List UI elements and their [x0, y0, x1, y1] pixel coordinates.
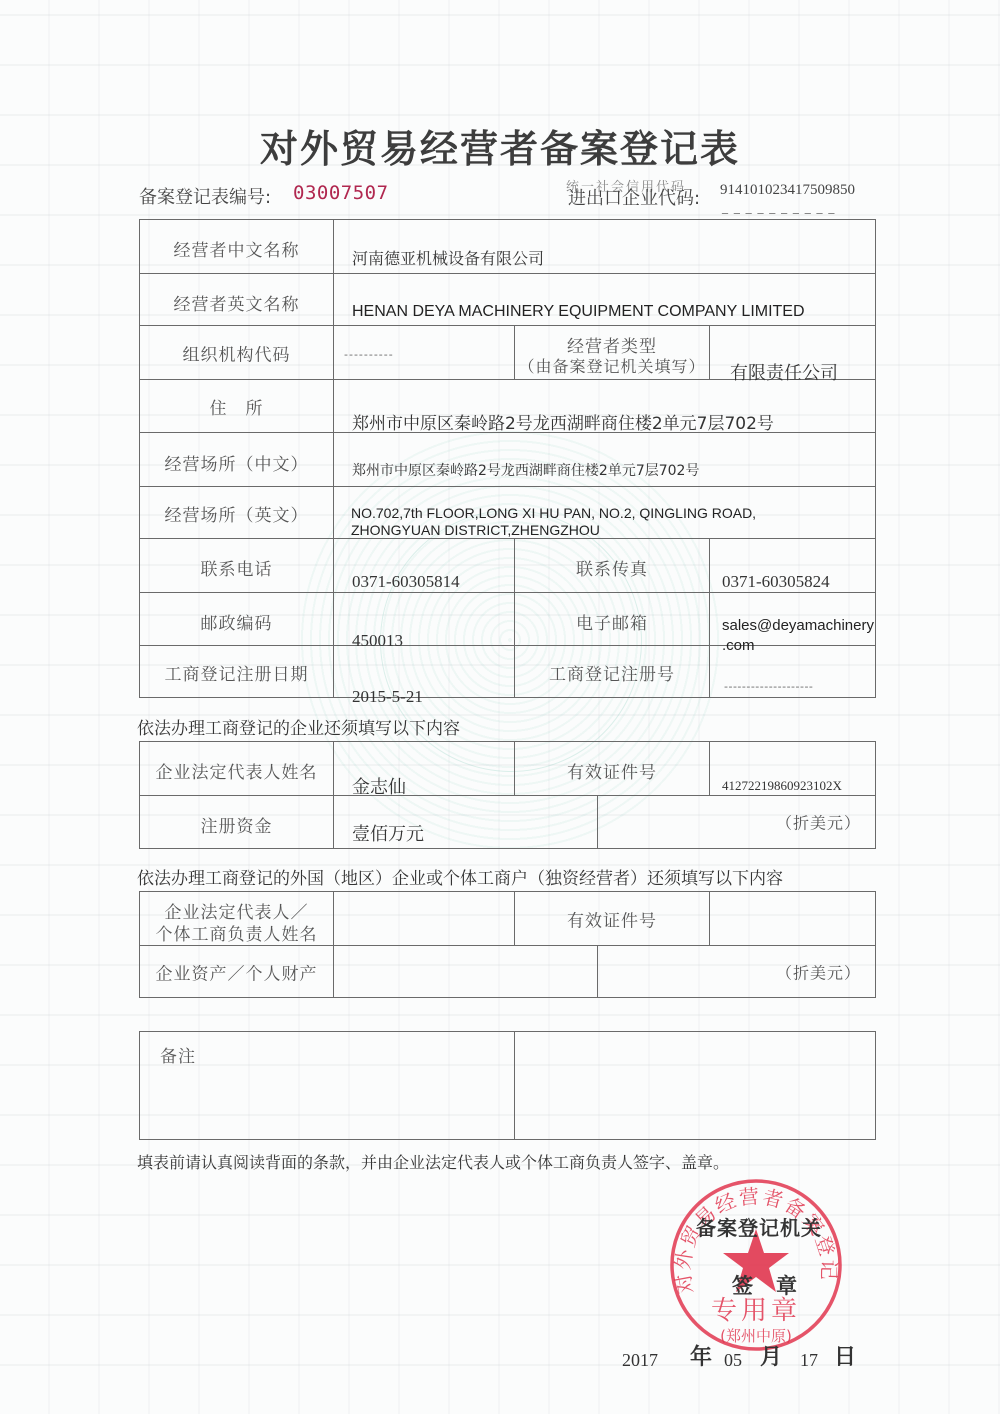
reg-number-value: --------------------: [724, 680, 813, 693]
capital-usd-label: （折美元）: [776, 811, 861, 834]
row-capital: 注册资金 壹佰万元 （折美元）: [140, 796, 876, 849]
reg-number-label: 工商登记注册号: [515, 660, 709, 685]
premises-cn-label: 经营场所（中文）: [140, 450, 333, 475]
rep-id-number-value-cell: [710, 892, 876, 946]
fax-value: 0371-60305824: [722, 572, 830, 592]
domicile-label: 住 所: [140, 394, 333, 419]
registration-office-label: 备案登记机关: [696, 1212, 822, 1241]
reg-date-value: 2015-5-21: [352, 687, 423, 707]
fax-label: 联系传真: [515, 555, 709, 580]
row-premises-cn: 经营场所（中文） 郑州市中原区秦岭路2号龙西湖畔商住楼2单元7层702号: [140, 433, 876, 487]
capital-label: 注册资金: [140, 812, 333, 837]
phone-label: 联系电话: [140, 555, 333, 580]
row-domicile: 住 所 郑州市中原区秦岭路2号龙西湖畔商住楼2单元7层702号: [140, 380, 876, 433]
rep-name-value-cell: [334, 892, 515, 946]
en-name-label: 经营者英文名称: [140, 290, 333, 315]
date-year-unit: 年: [690, 1340, 712, 1371]
date-month: 05: [724, 1350, 742, 1371]
id-number-label: 有效证件号: [515, 758, 709, 783]
section2-heading: 依法办理工商登记的企业还须填写以下内容: [137, 714, 460, 739]
date-year: 2017: [622, 1350, 658, 1371]
remarks-table: 备注: [139, 1031, 876, 1140]
row-reg-date: 工商登记注册日期 2015-5-21 工商登记注册号 -------------…: [140, 646, 876, 698]
assets-usd-label: （折美元）: [776, 960, 861, 983]
cn-name-value-cell: 河南德亚机械设备有限公司: [334, 220, 876, 274]
svg-text:专用章: 专用章: [711, 1296, 801, 1326]
row-remarks: 备注: [140, 1032, 876, 1140]
seal-label: 签 章: [732, 1270, 798, 1300]
legal-rep-table: 企业法定代表人姓名 金志仙 有效证件号 41272219860923102X 注…: [139, 741, 876, 849]
assets-value-cell: [334, 946, 598, 998]
credit-code-label: 进出口企业代码:: [568, 184, 700, 210]
page-title: 对外贸易经营者备案登记表: [0, 118, 1000, 173]
row-phone-fax: 联系电话 0371-60305814 联系传真 0371-60305824: [140, 539, 876, 593]
org-code-value: ----------: [344, 348, 394, 361]
premises-cn-value: 郑州市中原区秦岭路2号龙西湖畔商住楼2单元7层702号: [352, 460, 699, 480]
remarks-value-cell: [515, 1032, 876, 1140]
operator-type-sublabel: （由备案登记机关填写）: [515, 354, 709, 377]
record-number-label: 备案登记表编号:: [139, 183, 271, 209]
credit-code-dashes: _ _ _ _ _ _ _ _ _ _: [722, 200, 835, 214]
email-label: 电子邮箱: [515, 609, 709, 634]
official-seal-icon: 对外贸易经营者备案登记 专用章 (郑州中原): [668, 1177, 844, 1353]
row-premises-en: 经营场所（英文） NO.702,7th FLOOR,LONG XI HU PAN…: [140, 487, 876, 539]
legal-rep-label: 企业法定代表人姓名: [140, 758, 333, 783]
record-number: 03007507: [293, 182, 389, 204]
date-day-unit: 日: [834, 1340, 856, 1371]
row-cn-name: 经营者中文名称 河南德亚机械设备有限公司: [140, 220, 876, 274]
capital-value: 壹佰万元: [352, 820, 424, 846]
footer-note: 填表前请认真阅读背面的条款，并由企业法定代表人或个体工商负责人签字、盖章。: [137, 1150, 729, 1173]
cn-name-label: 经营者中文名称: [140, 236, 333, 261]
main-info-table: 经营者中文名称 河南德亚机械设备有限公司 经营者英文名称 HENAN DEYA …: [139, 219, 876, 698]
domicile-value: 郑州市中原区秦岭路2号龙西湖畔商住楼2单元7层702号: [352, 409, 774, 434]
row-assets: 企业资产／个人财产 （折美元）: [140, 946, 876, 998]
premises-en-value-line1: NO.702,7th FLOOR,LONG XI HU PAN, NO.2, Q…: [351, 505, 756, 521]
row-rep-name: 企业法定代表人／ 个体工商负责人姓名 有效证件号: [140, 892, 876, 946]
background-watermark: [0, 0, 1000, 1414]
credit-code: 914101023417509850: [720, 182, 855, 199]
org-code-label: 组织机构代码: [140, 340, 333, 365]
row-legal-rep: 企业法定代表人姓名 金志仙 有效证件号 41272219860923102X: [140, 742, 876, 796]
date-day: 17: [800, 1350, 818, 1371]
date-month-unit: 月: [760, 1340, 782, 1371]
row-postcode-email: 邮政编码 450013 电子邮箱 sales@deyamachinery .co…: [140, 593, 876, 646]
phone-value: 0371-60305814: [352, 572, 460, 592]
postcode-label: 邮政编码: [140, 609, 333, 634]
remarks-label: 备注: [160, 1042, 196, 1067]
premises-en-label: 经营场所（英文）: [140, 501, 333, 526]
premises-en-value-line2: ZHONGYUAN DISTRICT,ZHENGZHOU: [351, 522, 600, 538]
en-name-value: HENAN DEYA MACHINERY EQUIPMENT COMPANY L…: [352, 303, 805, 321]
row-en-name: 经营者英文名称 HENAN DEYA MACHINERY EQUIPMENT C…: [140, 274, 876, 326]
reg-date-label: 工商登记注册日期: [140, 660, 333, 685]
rep-name-label-line2: 个体工商负责人姓名: [140, 920, 333, 945]
cn-name-value: 河南德亚机械设备有限公司: [352, 246, 544, 269]
id-number-value: 41272219860923102X: [722, 778, 842, 794]
cn-name-label-cell: 经营者中文名称: [140, 220, 334, 274]
email-value-line1: sales@deyamachinery: [722, 617, 874, 634]
assets-label: 企业资产／个人财产: [140, 959, 333, 984]
section3-heading: 依法办理工商登记的外国（地区）企业或个体工商户（独资经营者）还须填写以下内容: [137, 864, 783, 889]
row-org-code: 组织机构代码 ---------- 经营者类型 （由备案登记机关填写） 有限责任…: [140, 326, 876, 380]
foreign-enterprise-table: 企业法定代表人／ 个体工商负责人姓名 有效证件号 企业资产／个人财产 （折美元）: [139, 891, 876, 998]
rep-id-number-label: 有效证件号: [515, 906, 709, 931]
